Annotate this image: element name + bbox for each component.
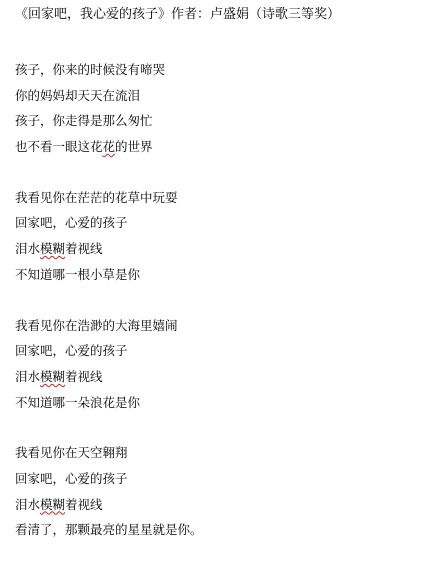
line-text: 着视线 [65, 369, 103, 384]
spellcheck-flagged-text[interactable]: 模糊 [40, 497, 65, 512]
document-body: 《回家吧，我心爱的孩子》作者：卢盛娟（诗歌三等奖） 孩子，你来的时候没有啼哭 你… [15, 6, 440, 543]
poem-line: 回家吧，心爱的孩子 [15, 338, 440, 364]
poem-line: 回家吧，心爱的孩子 [15, 210, 440, 236]
spellcheck-flagged-text[interactable]: 模糊 [40, 241, 65, 256]
stanza-2: 我看见你在茫茫的花草中玩耍 回家吧，心爱的孩子 泪水模糊着视线 不知道哪一根小草… [15, 185, 440, 288]
line-text: 着视线 [65, 497, 103, 512]
line-text: 着视线 [65, 241, 103, 256]
poem-line: 也不看一眼这花花的世界 [15, 134, 440, 160]
poem-line: 回家吧，心爱的孩子 [15, 466, 440, 492]
line-text: 回家吧，心爱的孩子 [15, 343, 128, 358]
stanza-4: 我看见你在天空翱翔 回家吧，心爱的孩子 泪水模糊着视线 看清了，那颗最亮的星星就… [15, 440, 440, 543]
poem-title: 《回家吧，我心爱的孩子》作者：卢盛娟（诗歌三等奖） [15, 6, 440, 24]
poem-line: 泪水模糊着视线 [15, 236, 440, 262]
poem-line: 看清了，那颗最亮的星星就是你。 [15, 517, 440, 543]
line-text: 你的妈妈却天天在流泪 [15, 88, 140, 103]
poem-line: 你的妈妈却天天在流泪 [15, 83, 440, 109]
line-text: 不知道哪一根小草是你 [15, 267, 140, 282]
line-text: 泪水 [15, 497, 40, 512]
line-text: 泪水 [15, 369, 40, 384]
line-text: 看清了，那颗最亮的星星就是你。 [15, 522, 203, 537]
line-text: 回家吧，心爱的孩子 [15, 215, 128, 230]
stanza-1: 孩子，你来的时候没有啼哭 你的妈妈却天天在流泪 孩子，你走得是那么匆忙 也不看一… [15, 57, 440, 160]
poem-line: 不知道哪一根小草是你 [15, 262, 440, 288]
spellcheck-flagged-text[interactable]: 模糊 [40, 369, 65, 384]
poem-line: 我看见你在茫茫的花草中玩耍 [15, 185, 440, 211]
poem-line: 泪水模糊着视线 [15, 492, 440, 518]
line-text: 我看见你在茫茫的花草中玩耍 [15, 190, 178, 205]
line-text: 我看见你在天空翱翔 [15, 445, 128, 460]
line-text: 回家吧，心爱的孩子 [15, 471, 128, 486]
line-text: 的世界 [115, 139, 153, 154]
poem-line: 孩子，你来的时候没有啼哭 [15, 57, 440, 83]
stanza-3: 我看见你在浩渺的大海里嬉闹 回家吧，心爱的孩子 泪水模糊着视线 不知道哪一朵浪花… [15, 313, 440, 416]
spellcheck-flagged-text[interactable]: 花 [103, 139, 116, 154]
line-text: 也不看一眼这花 [15, 139, 103, 154]
poem-line: 泪水模糊着视线 [15, 364, 440, 390]
line-text: 孩子，你来的时候没有啼哭 [15, 62, 165, 77]
poem-line: 我看见你在浩渺的大海里嬉闹 [15, 313, 440, 339]
line-text: 不知道哪一朵浪花是你 [15, 395, 140, 410]
poem-line: 不知道哪一朵浪花是你 [15, 390, 440, 416]
line-text: 孩子，你走得是那么匆忙 [15, 113, 153, 128]
line-text: 泪水 [15, 241, 40, 256]
line-text: 我看见你在浩渺的大海里嬉闹 [15, 318, 178, 333]
poem-line: 孩子，你走得是那么匆忙 [15, 108, 440, 134]
poem-line: 我看见你在天空翱翔 [15, 440, 440, 466]
